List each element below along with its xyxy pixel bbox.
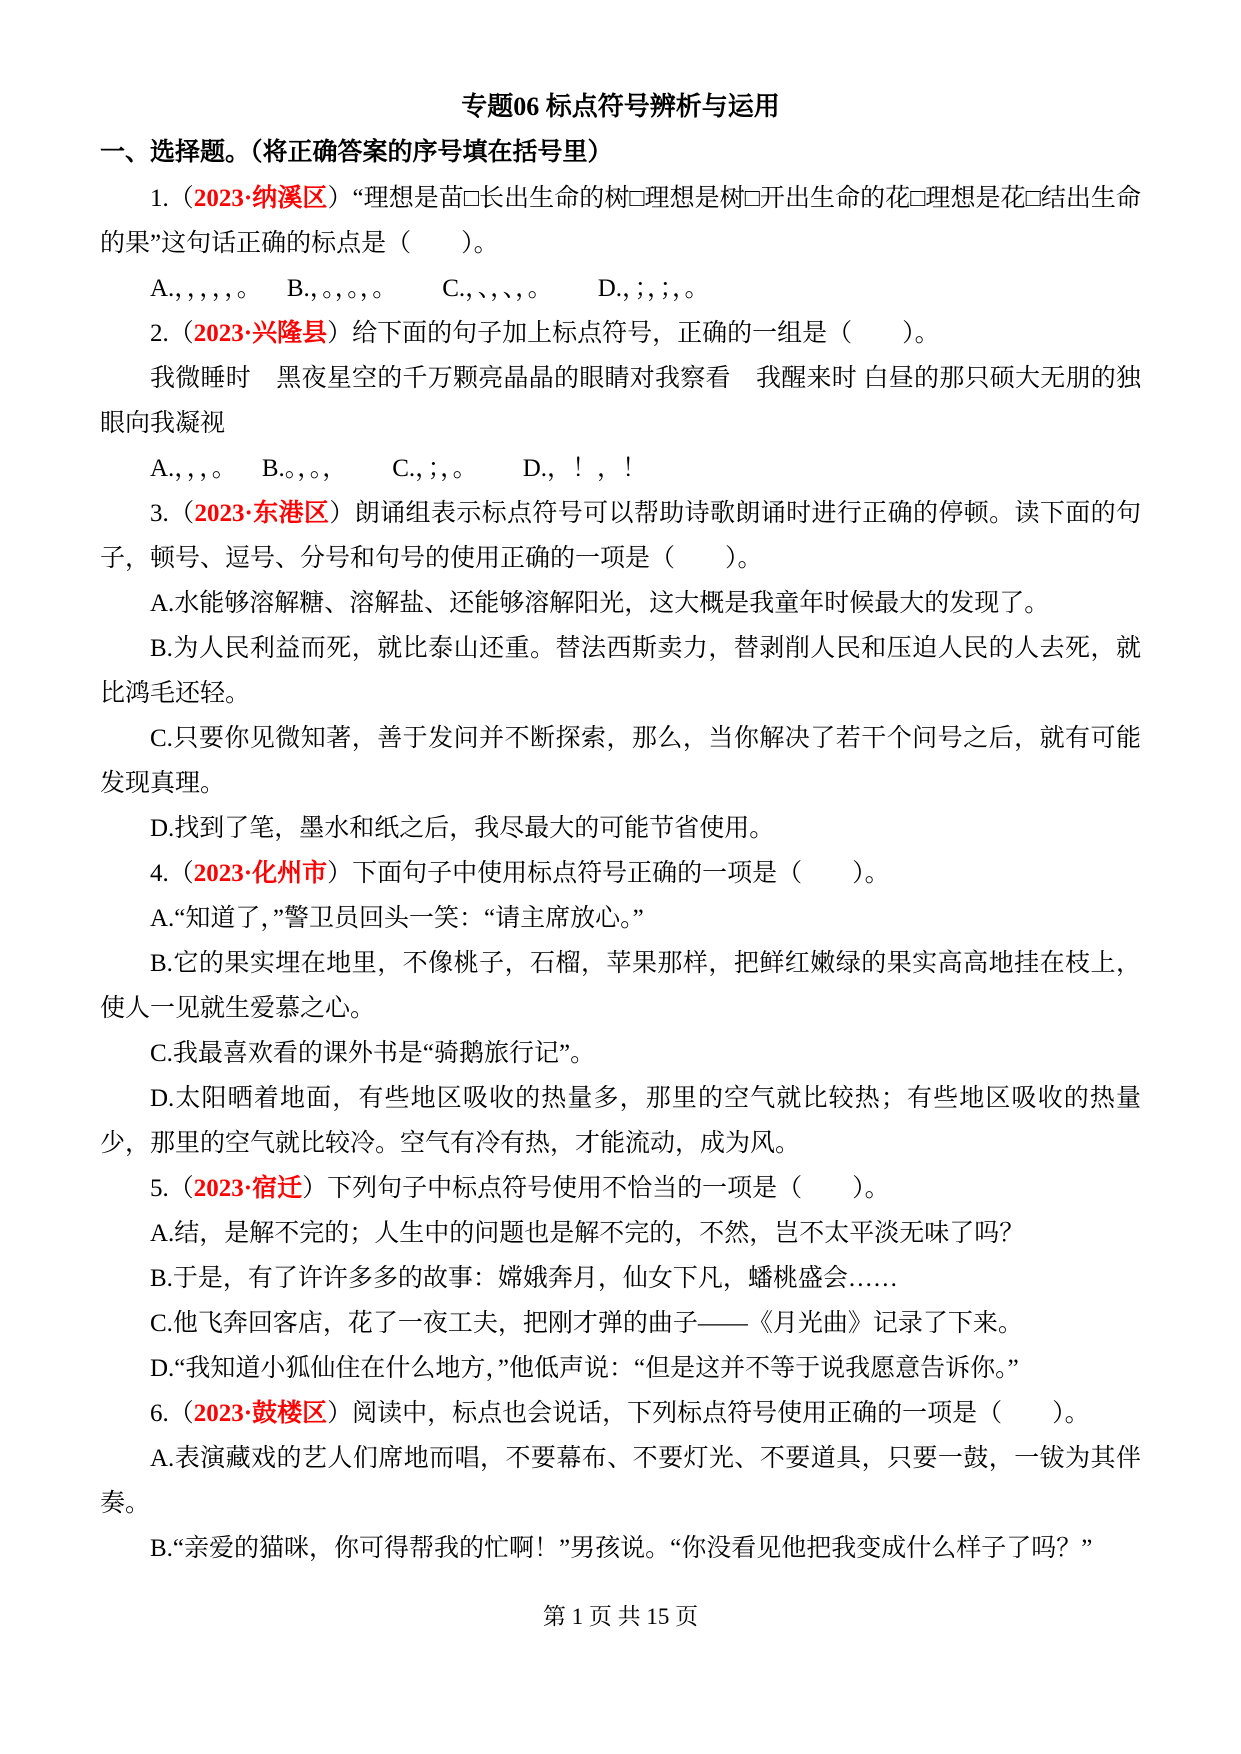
question-4-option-c: C.我最喜欢看的课外书是“骑鹅旅行记”。: [100, 1031, 1141, 1076]
question-4-number: 4.（: [150, 860, 194, 887]
question-6-number: 6.（: [150, 1400, 194, 1427]
question-5-number: 5.（: [150, 1175, 194, 1202]
question-1-option-c: C.，、，、，。: [442, 275, 552, 302]
section-heading: 一、选择题。（将正确答案的序号填在括号里）: [100, 130, 1141, 176]
question-5-option-c: C.他飞奔回客店，花了一夜工夫，把刚才弹的曲子——《月光曲》记录了下来。: [100, 1301, 1141, 1346]
question-1-option-a: A.，，，，，。: [150, 275, 262, 302]
document-page: 专题06 标点符号辨析与运用 一、选择题。（将正确答案的序号填在括号里） 1.（…: [0, 0, 1241, 1637]
question-1-options: A.，，，，，。B.，。，。，。C.，、，、，。D.，；，；，。: [100, 266, 1141, 311]
question-2-options: A.，，，。B.。，。，C.，；，。D.，！，！: [100, 446, 1141, 491]
question-4-option-d: D.太阳晒着地面，有些地区吸收的热量多，那里的空气就比较热；有些地区吸收的热量少…: [100, 1076, 1141, 1166]
question-5-option-d: D.“我知道小狐仙住在什么地方，”他低声说：“但是这并不等于说我愿意告诉你。”: [100, 1346, 1141, 1391]
question-2-option-c: C.，；，。: [392, 455, 477, 482]
question-2-number: 2.（: [150, 320, 194, 347]
question-1-stem: 1.（2023·纳溪区）“理想是苗□长出生命的树□理想是树□开出生命的花□理想是…: [100, 176, 1141, 266]
question-4-option-a: A.“知道了，”警卫员回头一笑：“请主席放心。”: [100, 896, 1141, 941]
question-2-option-a: A.，，，。: [150, 455, 237, 482]
question-4-option-b: B.它的果实埋在地里，不像桃子，石榴，苹果那样，把鲜红嫩绿的果实高高地挂在枝上，…: [100, 941, 1141, 1031]
question-6-text: 阅读中，标点也会说话，下列标点符号使用正确的一项是（ ）。: [352, 1400, 1090, 1427]
question-2-stem: 2.（2023·兴隆县）给下面的句子加上标点符号，正确的一组是（ ）。: [100, 311, 1141, 356]
question-4-text: 下面句子中使用标点符号正确的一项是（ ）。: [352, 860, 890, 887]
question-6-option-b: B.“亲爱的猫咪，你可得帮我的忙啊！”男孩说。“你没看见他把我变成什么样子了吗？…: [100, 1526, 1141, 1571]
question-5-option-b: B.于是，有了许许多多的故事：嫦娥奔月，仙女下凡，蟠桃盛会……: [100, 1256, 1141, 1301]
page-title: 专题06 标点符号辨析与运用: [100, 84, 1141, 130]
question-6-tag: 2023·鼓楼区: [194, 1400, 327, 1427]
question-2-text: 给下面的句子加上标点符号，正确的一组是（ ）。: [352, 320, 940, 347]
question-6-option-a: A.表演藏戏的艺人们席地而唱，不要幕布、不要灯光、不要道具，只要一鼓，一钹为其伴…: [100, 1436, 1141, 1526]
question-5-option-a: A.结，是解不完的；人生中的问题也是解不完的，不然，岂不太平淡无味了吗？: [100, 1211, 1141, 1256]
question-1-option-b: B.，。，。，。: [287, 275, 397, 302]
question-1-tag: 2023·纳溪区: [194, 185, 328, 212]
question-1-number: 1.（: [150, 185, 194, 212]
question-5-text: 下列句子中标点符号使用不恰当的一项是（ ）。: [327, 1175, 890, 1202]
question-3-tag: 2023·东港区: [195, 500, 330, 527]
question-6-stem: 6.（2023·鼓楼区）阅读中，标点也会说话，下列标点符号使用正确的一项是（ ）…: [100, 1391, 1141, 1436]
question-2-option-d: D.，！，！: [523, 455, 647, 482]
question-2-option-b: B.。，。，: [262, 455, 347, 482]
question-5-tag: 2023·宿迁: [194, 1175, 302, 1202]
question-4-tag: 2023·化州市: [194, 860, 327, 887]
question-3-number: 3.（: [150, 500, 195, 527]
question-2-sentence: 我微睡时 黑夜星空的千万颗亮晶晶的眼睛对我察看 我醒来时 白昼的那只硕大无朋的独…: [100, 356, 1141, 446]
question-3-stem: 3.（2023·东港区）朗诵组表示标点符号可以帮助诗歌朗诵时进行正确的停顿。读下…: [100, 491, 1141, 581]
question-1-option-d: D.，；，；，。: [598, 275, 710, 302]
page-footer: 第 1 页 共 15 页: [100, 1597, 1141, 1637]
question-2-tag: 2023·兴隆县: [194, 320, 327, 347]
question-4-stem: 4.（2023·化州市）下面句子中使用标点符号正确的一项是（ ）。: [100, 851, 1141, 896]
question-3-option-a: A.水能够溶解糖、溶解盐、还能够溶解阳光，这大概是我童年时候最大的发现了。: [100, 581, 1141, 626]
question-3-option-d: D.找到了笔，墨水和纸之后，我尽最大的可能节省使用。: [100, 806, 1141, 851]
question-5-stem: 5.（2023·宿迁）下列句子中标点符号使用不恰当的一项是（ ）。: [100, 1166, 1141, 1211]
question-3-option-b: B.为人民利益而死，就比泰山还重。替法西斯卖力，替剥削人民和压迫人民的人去死，就…: [100, 626, 1141, 716]
question-3-option-c: C.只要你见微知著，善于发问并不断探索，那么，当你解决了若干个问号之后，就有可能…: [100, 716, 1141, 806]
